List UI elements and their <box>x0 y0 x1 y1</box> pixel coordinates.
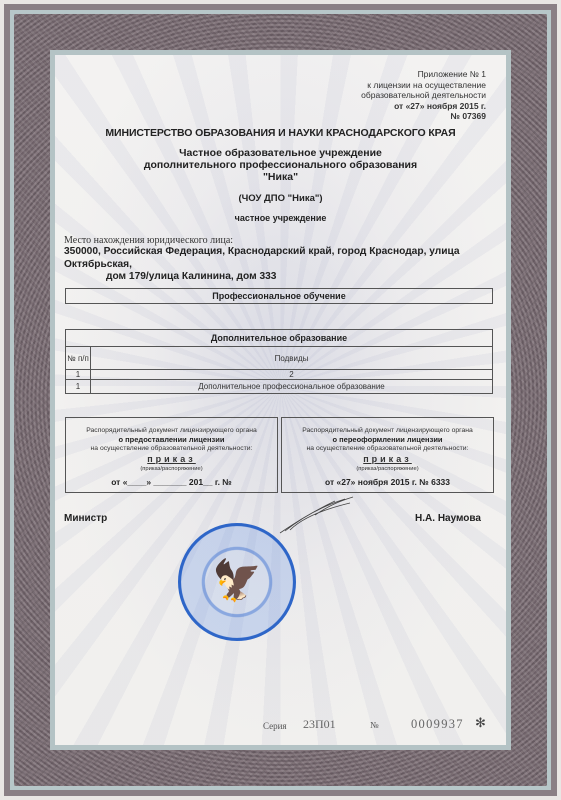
order-left-hint: (приказ/распоряжение) <box>66 465 277 474</box>
asterisk-mark-icon: ✻ <box>475 716 486 731</box>
number-label: № <box>370 720 379 730</box>
form-number: 0009937 <box>411 717 464 732</box>
license-number: № 07369 <box>361 111 486 122</box>
official-seal: 🦅 <box>178 523 296 641</box>
col-header-num: № п/п <box>66 347 91 370</box>
table-row: 1 Дополнительное профессиональное образо… <box>66 380 493 394</box>
additional-education-title: Дополнительное образование <box>66 330 493 347</box>
org-line-3: "Ника" <box>55 171 506 183</box>
order-left-purpose: о предоставлении лицензии <box>66 435 277 444</box>
row-num: 1 <box>66 380 91 394</box>
additional-education-table: Дополнительное образование № п/п Подвиды… <box>65 329 493 394</box>
order-grant-license-box: Распорядительный документ лицензирующего… <box>65 417 278 493</box>
handwritten-signature <box>275 495 355 535</box>
appendix-date: от «27» ноября 2015 г. <box>361 101 486 112</box>
col-index-num: 1 <box>66 370 91 380</box>
appendix-line-2: к лицензии на осуществление <box>361 80 486 91</box>
org-short-name: (ЧОУ ДПО "Ника") <box>55 193 506 204</box>
order-left-date: от «____» _______ 201__ г. № <box>66 478 277 487</box>
order-left-line-1: Распорядительный документ лицензирующего… <box>66 426 277 435</box>
coat-of-arms-eagle-icon: 🦅 <box>212 561 262 601</box>
location-label: Место нахождения юридического лица: <box>64 235 233 246</box>
org-line-1: Частное образовательное учреждение <box>55 147 506 159</box>
signatory-position: Министр <box>64 513 107 524</box>
document-page: Приложение № 1 к лицензии на осуществлен… <box>55 55 506 745</box>
order-right-line-3: на осуществление образовательной деятель… <box>282 444 493 453</box>
signatory-name: Н.А. Наумова <box>415 513 481 524</box>
col-index-subtypes: 2 <box>91 370 493 380</box>
ministry-title: МИНИСТЕРСТВО ОБРАЗОВАНИЯ И НАУКИ КРАСНОД… <box>55 127 506 139</box>
appendix-title: Приложение № 1 <box>361 69 486 80</box>
order-reissue-license-box: Распорядительный документ лицензирующего… <box>281 417 494 493</box>
address-line-2: дом 179/улица Калинина, дом 333 <box>64 271 504 284</box>
appendix-header: Приложение № 1 к лицензии на осуществлен… <box>361 69 486 122</box>
order-left-line-3: на осуществление образовательной деятель… <box>66 444 277 453</box>
series-value: 23П01 <box>303 717 336 732</box>
order-right-hint: (приказ/распоряжение) <box>282 465 493 474</box>
col-header-subtypes: Подвиды <box>91 347 493 370</box>
address-line-1: 350000, Российская Федерация, Краснодарс… <box>64 246 460 270</box>
organization-name: Частное образовательное учреждение допол… <box>55 147 506 183</box>
location-address: 350000, Российская Федерация, Краснодарс… <box>64 246 504 284</box>
order-right-purpose: о переоформлении лицензии <box>282 435 493 444</box>
professional-training-box: Профессиональное обучение <box>65 288 493 304</box>
order-right-doc-type: приказ <box>363 455 412 464</box>
order-right-line-1: Распорядительный документ лицензирующего… <box>282 426 493 435</box>
series-label: Серия <box>263 721 287 731</box>
org-line-2: дополнительного профессионального образо… <box>55 159 506 171</box>
order-left-doc-type: приказ <box>147 455 196 464</box>
appendix-line-3: образовательной деятельности <box>361 90 486 101</box>
order-right-date: от «27» ноября 2015 г. № 6333 <box>282 478 493 487</box>
org-type: частное учреждение <box>55 213 506 223</box>
row-subtype: Дополнительное профессиональное образова… <box>91 380 493 394</box>
